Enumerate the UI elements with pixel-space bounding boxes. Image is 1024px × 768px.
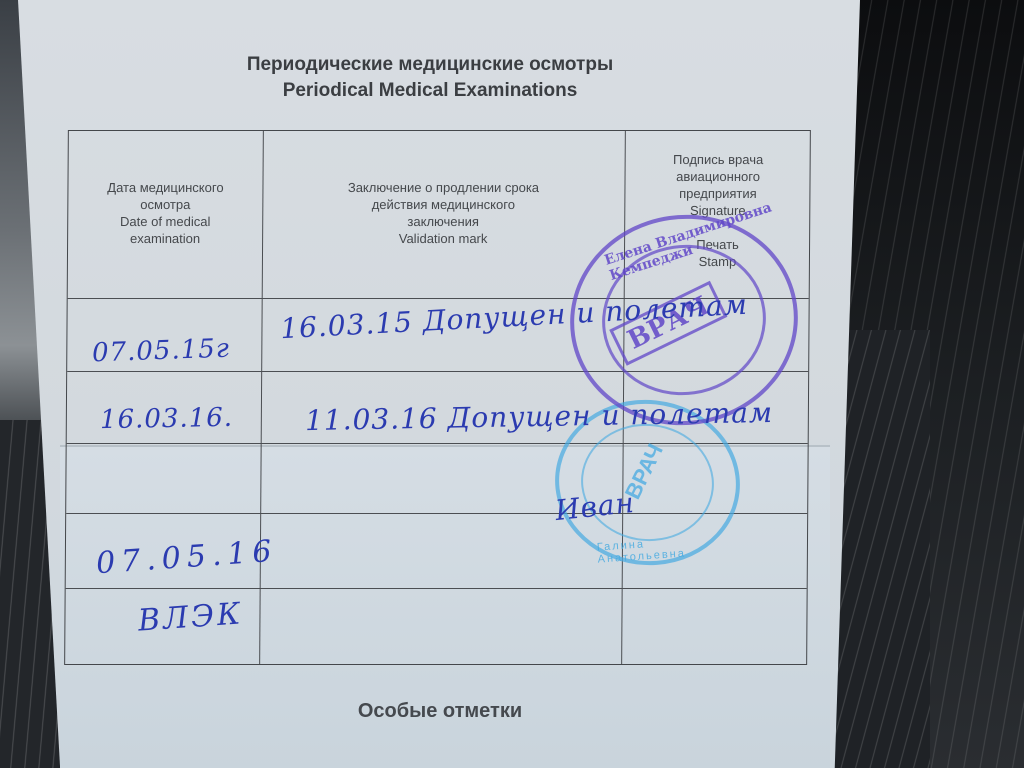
special-notes-heading: Особые отметки [300, 700, 580, 723]
row-divider [66, 588, 807, 589]
handwritten-date-1: 07.05.15г [92, 334, 231, 369]
page-title: Периодические медицинские осмотры Period… [150, 52, 710, 104]
title-english: Periodical Medical Examinations [150, 78, 710, 104]
title-russian: Периодические медицинские осмотры [150, 52, 710, 78]
handwritten-date-2: 16.03.16. [100, 403, 234, 435]
handwritten-note-vlek: ВЛЭК [137, 596, 244, 638]
column-header-validation: Заключение о продлении срока действия ме… [262, 179, 624, 247]
column-header-date: Дата медицинского осмотра Date of medica… [68, 179, 262, 247]
